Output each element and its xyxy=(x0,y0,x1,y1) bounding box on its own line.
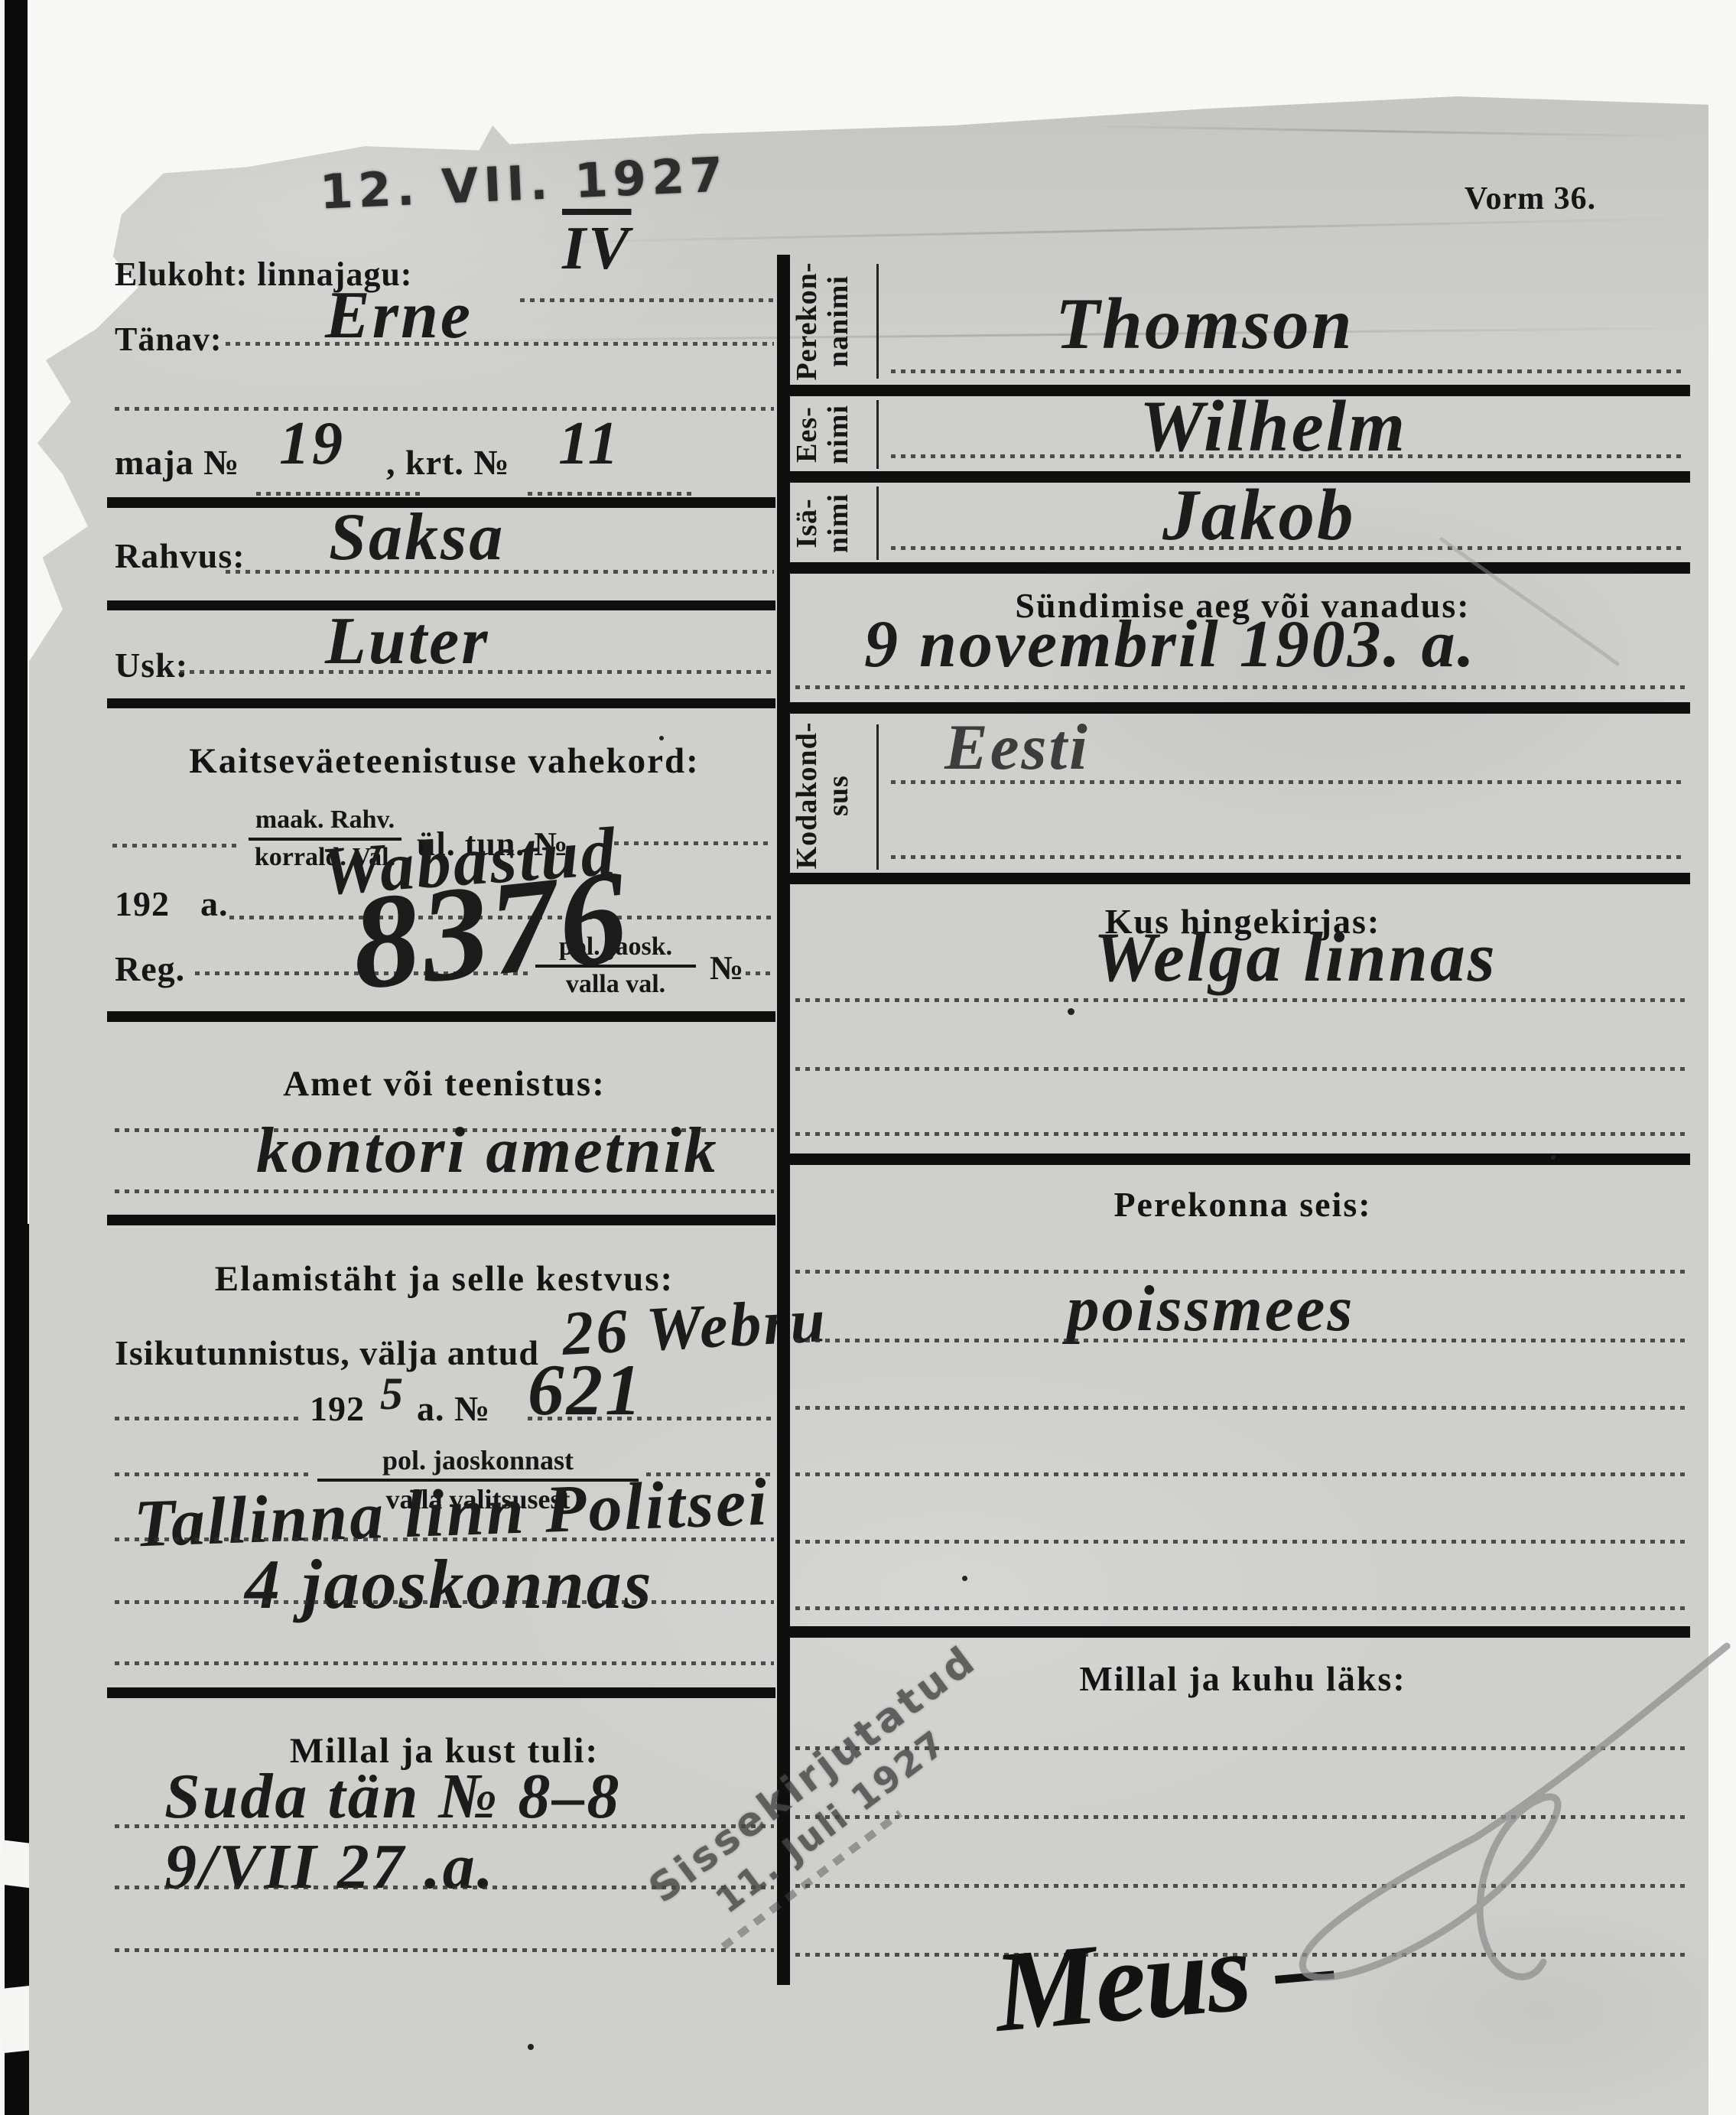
isanimi-label-line2: nimi xyxy=(822,493,854,553)
dotted-line xyxy=(795,1540,1686,1544)
dotted-line xyxy=(746,971,774,975)
tanav-label: Tänav: xyxy=(115,320,222,359)
dotted-line xyxy=(891,369,1686,373)
krt-value: 11 xyxy=(558,409,621,479)
elukoht-value: IV xyxy=(562,214,632,284)
section-rule xyxy=(777,562,1690,574)
dotted-line xyxy=(795,1472,1686,1476)
dotted-line xyxy=(180,670,774,674)
dotted-line xyxy=(226,342,774,346)
kodakondsus-label: Kodakond- sus xyxy=(792,716,876,875)
dotted-line xyxy=(115,1948,774,1952)
dotted-line xyxy=(115,1537,774,1541)
dotted-line xyxy=(528,492,692,496)
dotted-line xyxy=(795,1339,1686,1342)
dotted-line xyxy=(891,855,1686,859)
dotted-line xyxy=(891,546,1686,550)
ink-speck xyxy=(528,2044,534,2050)
label-separator xyxy=(876,486,879,560)
dotted-line xyxy=(115,1661,774,1665)
perekonnaseis-value: poissmees xyxy=(1067,1271,1354,1346)
year2-suffix: a. № xyxy=(417,1388,490,1429)
sundimise-value: 9 novembril 1903. a. xyxy=(864,606,1477,683)
section-rule xyxy=(777,702,1690,714)
eesnimi-label-line1: Ees- xyxy=(791,406,823,463)
dotted-line xyxy=(226,570,774,574)
dotted-line xyxy=(112,844,237,848)
tuli-line1: Suda tän № 8–8 xyxy=(164,1759,621,1834)
form-number: Vorm 36. xyxy=(1465,181,1596,217)
reg-no-sign: № xyxy=(710,948,744,988)
year2-digit: 5 xyxy=(380,1368,405,1420)
ink-speck xyxy=(1068,1008,1074,1015)
krt-label: , krt. № xyxy=(386,442,510,483)
section-rule xyxy=(107,1687,775,1698)
tuli-line2: 9/VII 27 .a. xyxy=(164,1830,496,1904)
amet-heading: Amet või teenistus: xyxy=(115,1063,774,1105)
label-separator xyxy=(876,724,879,870)
dotted-line xyxy=(115,1189,774,1193)
label-separator xyxy=(876,264,879,379)
issuer-line2: 4 jaoskonnas xyxy=(245,1544,654,1625)
year1-suffix: a. xyxy=(200,883,229,924)
perekonnanimi-value: Thomson xyxy=(1055,281,1354,366)
section-rule xyxy=(107,698,775,708)
dotted-line xyxy=(795,1132,1686,1136)
maja-label: maja № xyxy=(115,442,239,483)
kodakondsus-label-line2: sus xyxy=(822,775,854,816)
dotted-line xyxy=(256,492,424,496)
perekonnanimi-label-line2: nanimi xyxy=(822,275,854,367)
section-rule xyxy=(107,1011,775,1022)
rahvus-value: Saksa xyxy=(329,499,505,576)
dotted-line xyxy=(115,1600,774,1604)
dotted-line xyxy=(795,1884,1686,1888)
maja-value: 19 xyxy=(279,409,345,479)
dotted-line xyxy=(115,1417,302,1420)
scanned-registration-card: 12. VII. 1927 Vorm 36. Elukoht: linnajag… xyxy=(0,0,1736,2115)
isikutunnistus-label: Isikutunnistus, välja antud xyxy=(115,1332,539,1373)
year1-prefix: 192 xyxy=(115,883,170,924)
dotted-line xyxy=(891,780,1686,784)
dotted-line xyxy=(795,998,1686,1002)
reg-value: 8376 xyxy=(344,839,636,1021)
dotted-line xyxy=(520,298,774,302)
perekonnanimi-label-line1: Perekon- xyxy=(791,262,823,380)
year2-prefix: 192 xyxy=(310,1388,365,1429)
isanimi-label-line1: Isä- xyxy=(791,498,823,548)
perekonnanimi-label: Perekon- nanimi xyxy=(792,256,876,386)
dotted-line xyxy=(115,407,774,411)
kodakondsus-value: Eesti xyxy=(944,710,1090,785)
dotted-line xyxy=(891,454,1686,458)
military-section-heading: Kaitseväeteenistuse vahekord: xyxy=(115,740,774,782)
usk-label: Usk: xyxy=(115,645,188,685)
dotted-line xyxy=(115,1472,310,1476)
ink-speck xyxy=(659,736,664,740)
dotted-line xyxy=(795,1606,1686,1610)
section-rule xyxy=(107,1215,775,1225)
dotted-line xyxy=(795,1815,1686,1819)
dotted-line xyxy=(604,841,772,845)
label-separator xyxy=(876,400,879,469)
center-divider xyxy=(777,255,790,1985)
perekonnaseis-heading: Perekonna seis: xyxy=(795,1184,1690,1225)
ink-speck xyxy=(962,1576,967,1581)
section-rule xyxy=(777,1626,1690,1638)
usk-value: Luter xyxy=(325,603,489,680)
eesnimi-label: Ees- nimi xyxy=(792,396,876,473)
dotted-line xyxy=(115,1824,774,1828)
dotted-line xyxy=(528,1417,774,1420)
section-rule xyxy=(777,873,1690,884)
eesnimi-label-line2: nimi xyxy=(822,405,854,464)
isanimi-label: Isä- nimi xyxy=(792,483,876,563)
amet-value: kontori ametnik xyxy=(256,1113,719,1188)
hingekiri-value: Welga linnas xyxy=(1094,916,1497,997)
ink-speck xyxy=(1551,1155,1556,1160)
dotted-line xyxy=(795,1406,1686,1410)
reg-label: Reg. xyxy=(115,948,185,989)
dotted-line xyxy=(795,685,1686,689)
kodakondsus-label-line1: Kodakond- xyxy=(791,722,823,870)
dotted-line xyxy=(795,1067,1686,1071)
isanimi-value: Jakob xyxy=(1162,473,1356,557)
